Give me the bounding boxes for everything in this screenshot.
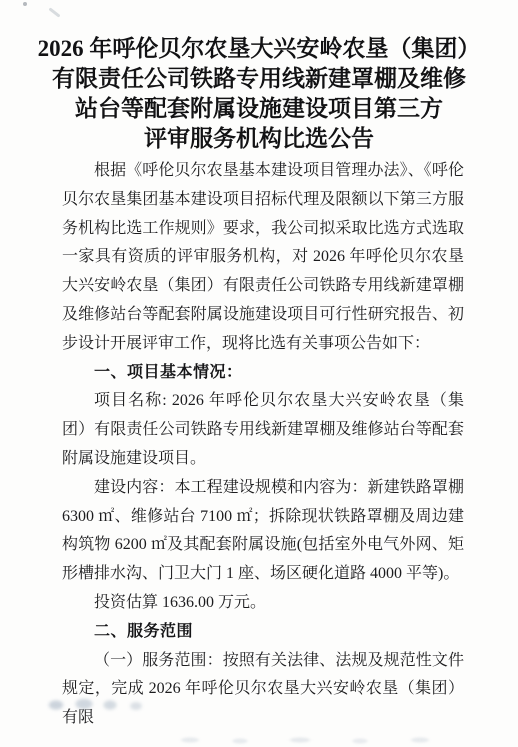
paragraph-intro: 根据《呼伦贝尔农垦基本建设项目管理办法》、《呼伦贝尔农垦集团基本建设项目招标代理… — [62, 157, 464, 359]
scan-speck-artifact — [23, 2, 27, 6]
scan-tick-artifact — [48, 7, 60, 17]
bottom-edge-smudge — [170, 735, 460, 745]
title-line-2: 有限责任公司铁路专用线新建罩棚及维修 — [10, 64, 508, 94]
announcement-title: 2026 年呼伦贝尔农垦大兴安岭农垦（集团） 有限责任公司铁路专用线新建罩棚及维… — [10, 34, 508, 154]
paragraph-project-name: 项目名称: 2026 年呼伦贝尔农垦大兴安岭农垦（集团）有限责任公司铁路专用线新… — [62, 387, 464, 473]
paragraph-construction-content: 建设内容：本工程建设规模和内容为：新建铁路罩棚 6300 ㎡、维修站台 7100… — [62, 474, 464, 589]
section-heading-2: 二、服务范围 — [62, 618, 464, 647]
title-line-3: 站台等配套附属设施建设项目第三方 — [10, 94, 508, 124]
scanned-document-page: 2026 年呼伦贝尔农垦大兴安岭农垦（集团） 有限责任公司铁路专用线新建罩棚及维… — [0, 0, 518, 747]
title-line-1: 2026 年呼伦贝尔农垦大兴安岭农垦（集团） — [10, 34, 508, 64]
section-heading-1: 一、项目基本情况： — [62, 359, 464, 388]
paragraph-service-scope: （一）服务范围：按照有关法律、法规及规范性文件规定，完成 2026 年呼伦贝尔农… — [62, 647, 464, 733]
document-body: 根据《呼伦贝尔农垦基本建设项目管理办法》、《呼伦贝尔农垦集团基本建设项目招标代理… — [62, 157, 464, 733]
bleed-through-smudge — [44, 696, 154, 714]
paragraph-investment-estimate: 投资估算 1636.00 万元。 — [62, 589, 464, 618]
title-line-4: 评审服务机构比选公告 — [10, 124, 508, 154]
